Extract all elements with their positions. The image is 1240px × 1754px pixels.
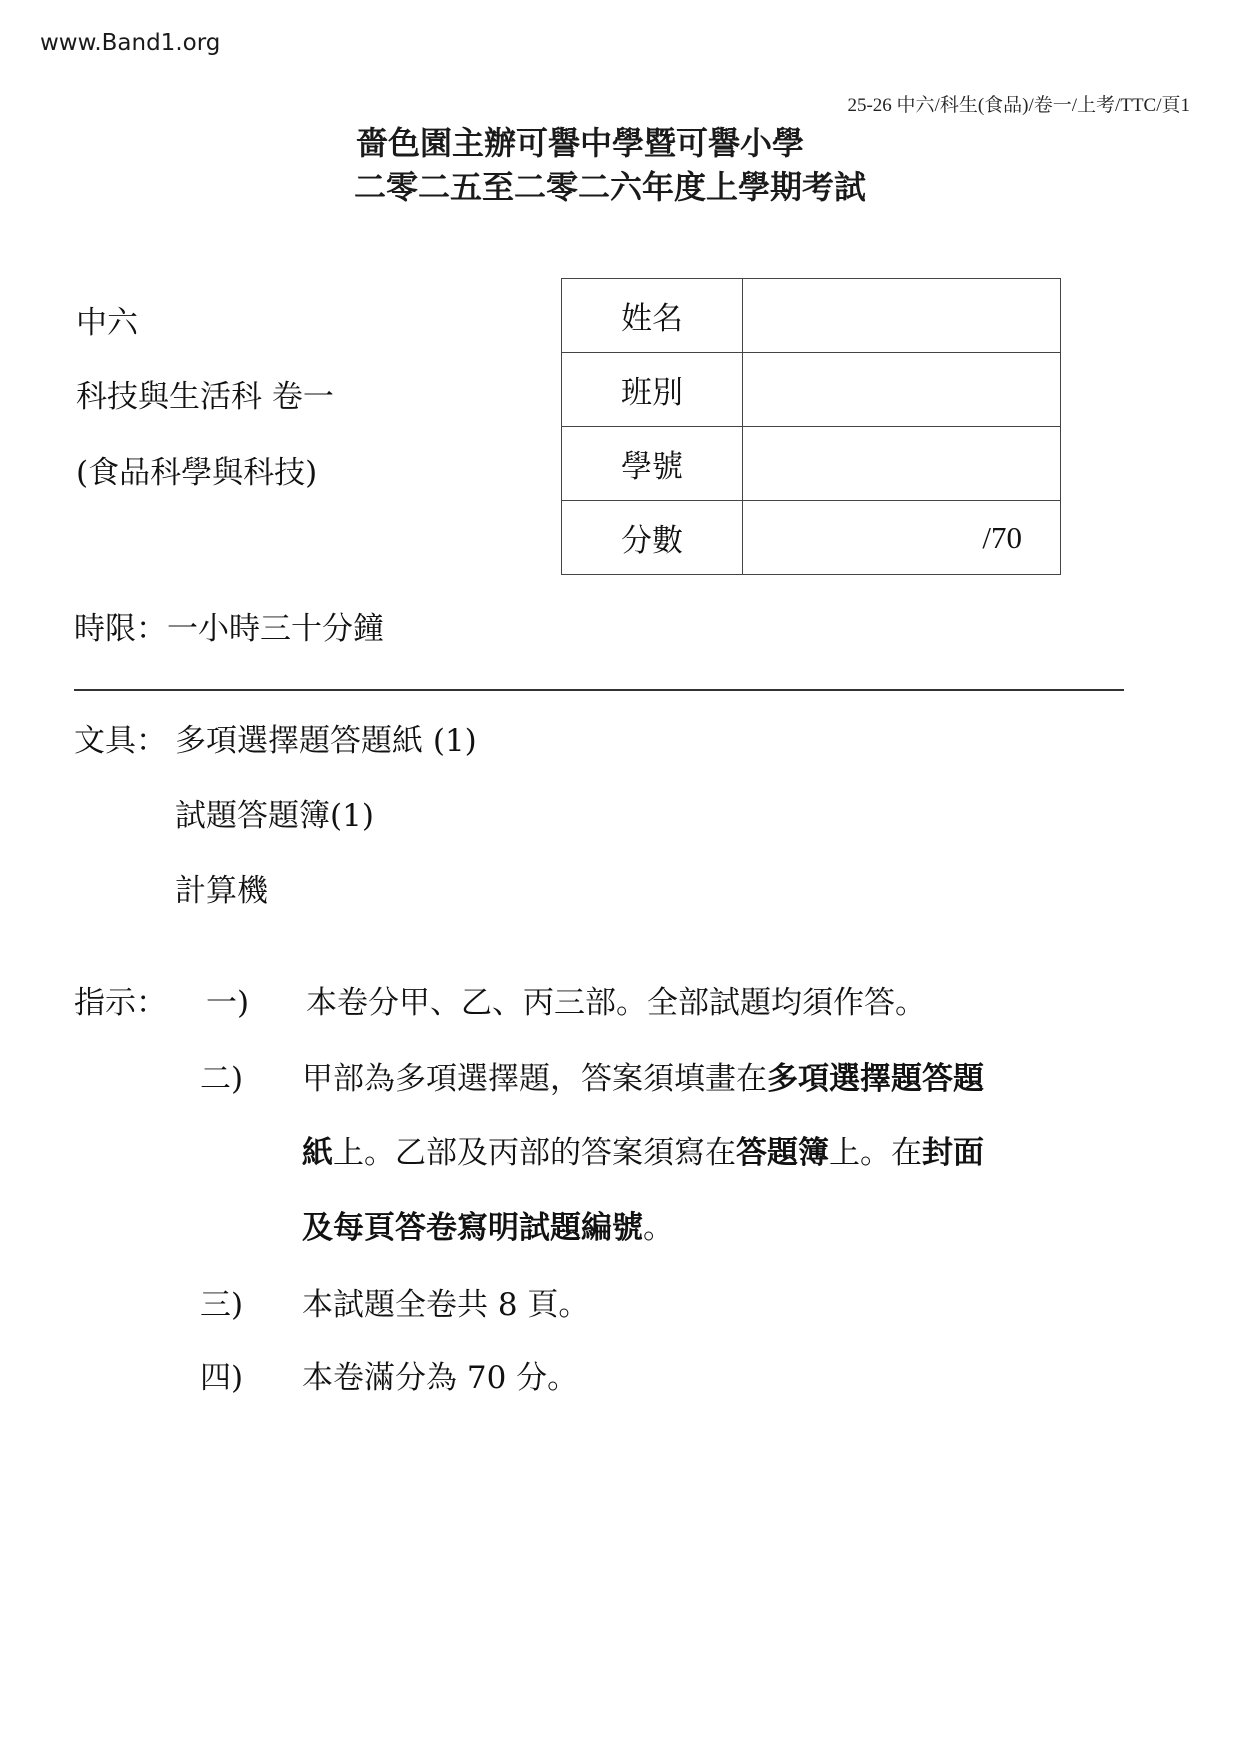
school-name-title: 嗇色園主辦可譽中學暨可譽小學 [0, 118, 1200, 164]
instruction-text-2-line-2: 紙上。乙部及丙部的答案須寫在答題簿上。在封面 [302, 1127, 984, 1172]
name-field[interactable] [743, 279, 1061, 353]
instruction-number-2: 二) [200, 1053, 243, 1098]
exam-title: 二零二五至二零二六年度上學期考試 [0, 162, 1230, 208]
page-reference: 25-26 中六/科生(食品)/卷一/上考/TTC/頁1 [700, 90, 1190, 117]
time-limit: 時限：一小時三十分鐘 [74, 603, 384, 648]
instruction-2-emphasis-cover: 封面 [922, 1135, 984, 1171]
table-row-score: 分數 /70 [562, 501, 1061, 575]
instruction-2-text: 上。乙部及丙部的答案須寫在 [333, 1135, 736, 1171]
instruction-2-text: 甲部為多項選擇題，答案須填畫在 [302, 1061, 767, 1097]
instruction-2-emphasis-question-number: 及每頁答卷寫明試題編號 [302, 1210, 643, 1246]
instruction-text-3: 本試題全卷共 8 頁。 [302, 1279, 589, 1324]
instruction-2-emphasis-mc-sheet: 多項選擇題答題 [767, 1061, 984, 1097]
student-number-field[interactable] [743, 427, 1061, 501]
stationery-item-mc-answer-sheet: 多項選擇題答題紙 (1) [175, 715, 477, 760]
student-number-label: 學號 [562, 427, 743, 501]
table-row-student-number: 學號 [562, 427, 1061, 501]
instructions-label: 指示： [74, 977, 167, 1022]
student-info-table: 姓名 班別 學號 分數 /70 [561, 278, 1061, 575]
name-label: 姓名 [562, 279, 743, 353]
instruction-2-emphasis-paper: 紙 [302, 1135, 333, 1171]
divider-line [74, 689, 1124, 691]
instruction-number-4: 四) [200, 1352, 243, 1397]
stationery-item-answer-book: 試題答題簿(1) [175, 790, 374, 835]
class-label: 班別 [562, 353, 743, 427]
instruction-text-2-line-3: 及每頁答卷寫明試題編號。 [302, 1202, 674, 1247]
instruction-2-text: 。 [643, 1210, 674, 1246]
subject-name: 科技與生活科 卷一 [76, 371, 334, 416]
instruction-text-1: 本卷分甲、乙、丙三部。全部試題均須作答。 [306, 977, 926, 1022]
watermark: www.Band1.org [40, 30, 220, 56]
instruction-text-2-line-1: 甲部為多項選擇題，答案須填畫在多項選擇題答題 [302, 1053, 984, 1098]
instruction-text-4: 本卷滿分為 70 分。 [302, 1352, 578, 1397]
table-row-class: 班別 [562, 353, 1061, 427]
stationery-item-calculator: 計算機 [175, 865, 268, 910]
elective-name: (食品科學與科技) [76, 447, 317, 492]
form-level: 中六 [76, 297, 138, 342]
table-row-name: 姓名 [562, 279, 1061, 353]
instruction-2-emphasis-answer-book: 答題簿 [736, 1135, 829, 1171]
instruction-number-3: 三) [200, 1279, 243, 1324]
class-field[interactable] [743, 353, 1061, 427]
instruction-2-text: 上。在 [829, 1135, 922, 1171]
score-field[interactable]: /70 [743, 501, 1061, 575]
stationery-label: 文具： [74, 715, 167, 760]
score-label: 分數 [562, 501, 743, 575]
instruction-number-1: 一) [206, 977, 249, 1022]
